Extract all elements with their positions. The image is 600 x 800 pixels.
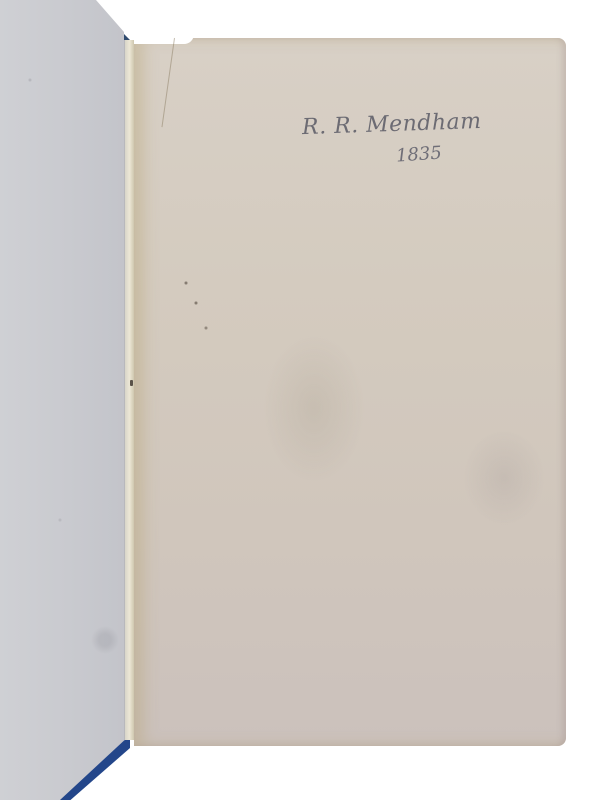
book-photo: R. R. Mendham 1835 xyxy=(0,0,600,800)
ownership-inscription-year: 1835 xyxy=(395,142,442,166)
left-pastedown-endpaper xyxy=(0,0,124,800)
gutter-stain-mark xyxy=(130,380,133,386)
right-flyleaf-page xyxy=(134,38,566,746)
